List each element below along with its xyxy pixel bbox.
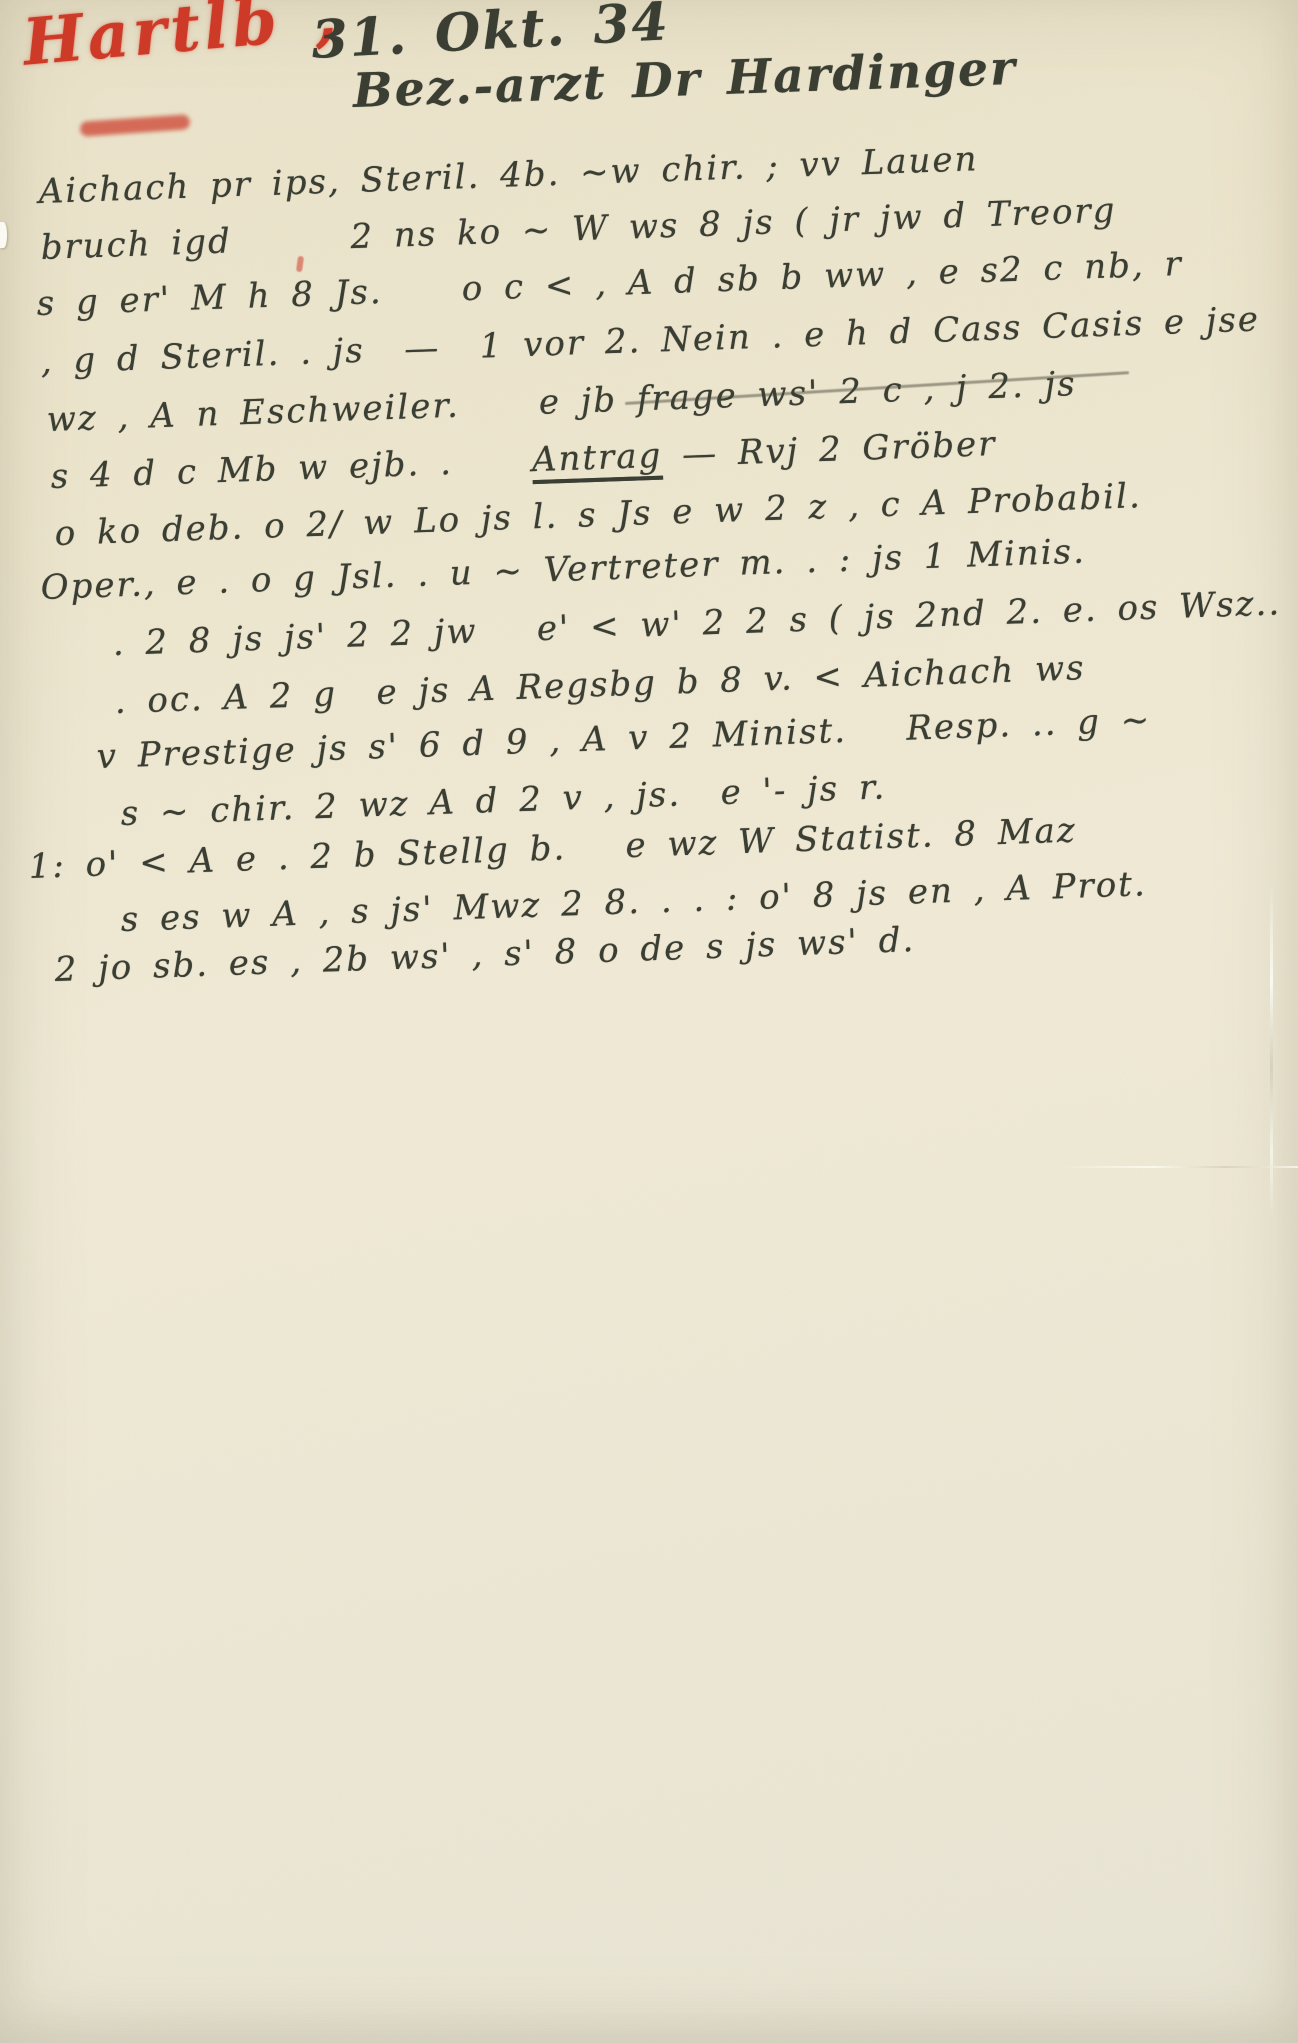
red-crayon-underline-smudge <box>80 114 191 137</box>
paper-scratch-line <box>1055 1166 1298 1168</box>
scanned-paper-page: Hartlb , 31. Okt. 34 Bez.-arzt Dr Hardin… <box>0 0 1298 2043</box>
shorthand-segment: — Rvj 2 Gröber <box>662 424 997 476</box>
red-crayon-annotation: Hartlb , <box>20 0 343 81</box>
paper-edge-nick <box>0 222 7 248</box>
underlined-word-antrag: Antrag <box>531 436 663 481</box>
shorthand-segment: s 4 d c Mb w ejb. . <box>50 440 533 497</box>
paper-crease <box>1270 880 1273 1220</box>
